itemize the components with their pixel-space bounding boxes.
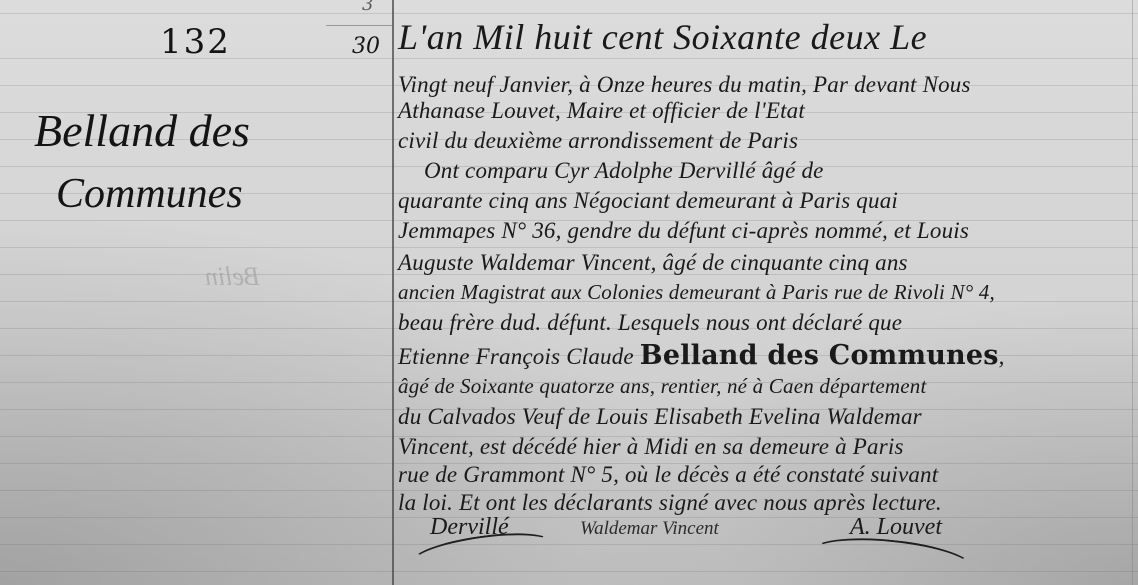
body-line: rue de Grammont N° 5, où le décès a été … bbox=[398, 462, 938, 488]
body-line: quarante cinq ans Négociant demeurant à … bbox=[398, 188, 898, 214]
deceased-full-name: Etienne François Claude Belland des Comm… bbox=[398, 344, 1005, 369]
body-line: Vingt neuf Janvier, à Onze heures du mat… bbox=[398, 72, 971, 98]
top-margin-mark: 3 bbox=[362, 0, 373, 15]
signature-waldemar-vincent: Waldemar Vincent bbox=[580, 518, 719, 540]
body-line-opening: L'an Mil huit cent Soixante deux Le bbox=[398, 16, 927, 58]
body-line-deceased-name: Etienne François Claude Belland des Comm… bbox=[398, 340, 1005, 371]
day-number: 30 bbox=[352, 34, 380, 59]
signature-louvet: A. Louvet bbox=[850, 514, 942, 541]
body-line: civil du deuxième arrondissement de Pari… bbox=[398, 128, 798, 154]
margin-subject-name-line2: Communes bbox=[56, 170, 243, 218]
body-line: âgé de Soixante quatorze ans, rentier, n… bbox=[398, 374, 927, 399]
deceased-surname: Belland des Communes bbox=[640, 340, 999, 371]
body-line: Vincent, est décédé hier à Midi en sa de… bbox=[398, 434, 904, 460]
body-line: ancien Magistrat aux Colonies demeurant … bbox=[398, 280, 995, 305]
body-line: Ont comparu Cyr Adolphe Dervillé âgé de bbox=[424, 158, 824, 184]
body-line: Auguste Waldemar Vincent, âgé de cinquan… bbox=[398, 250, 908, 276]
register-page: Belin 3 132 30 Belland des Communes L'an… bbox=[0, 0, 1138, 585]
bleed-through-text: Belin bbox=[205, 262, 260, 292]
day-column-rule bbox=[326, 25, 392, 26]
body-line: Athanase Louvet, Maire et officier de l'… bbox=[398, 98, 805, 124]
act-number: 132 bbox=[160, 22, 231, 62]
body-line: Jemmapes N° 36, gendre du défunt ci-aprè… bbox=[398, 218, 969, 244]
body-line: beau frère dud. défunt. Lesquels nous on… bbox=[398, 310, 902, 336]
body-line: du Calvados Veuf de Louis Elisabeth Evel… bbox=[398, 404, 922, 430]
page-edge-line bbox=[1132, 0, 1133, 585]
margin-subject-name-line1: Belland des bbox=[34, 104, 250, 157]
body-line: la loi. Et ont les déclarants signé avec… bbox=[398, 490, 942, 516]
margin-divider-line bbox=[392, 0, 394, 585]
